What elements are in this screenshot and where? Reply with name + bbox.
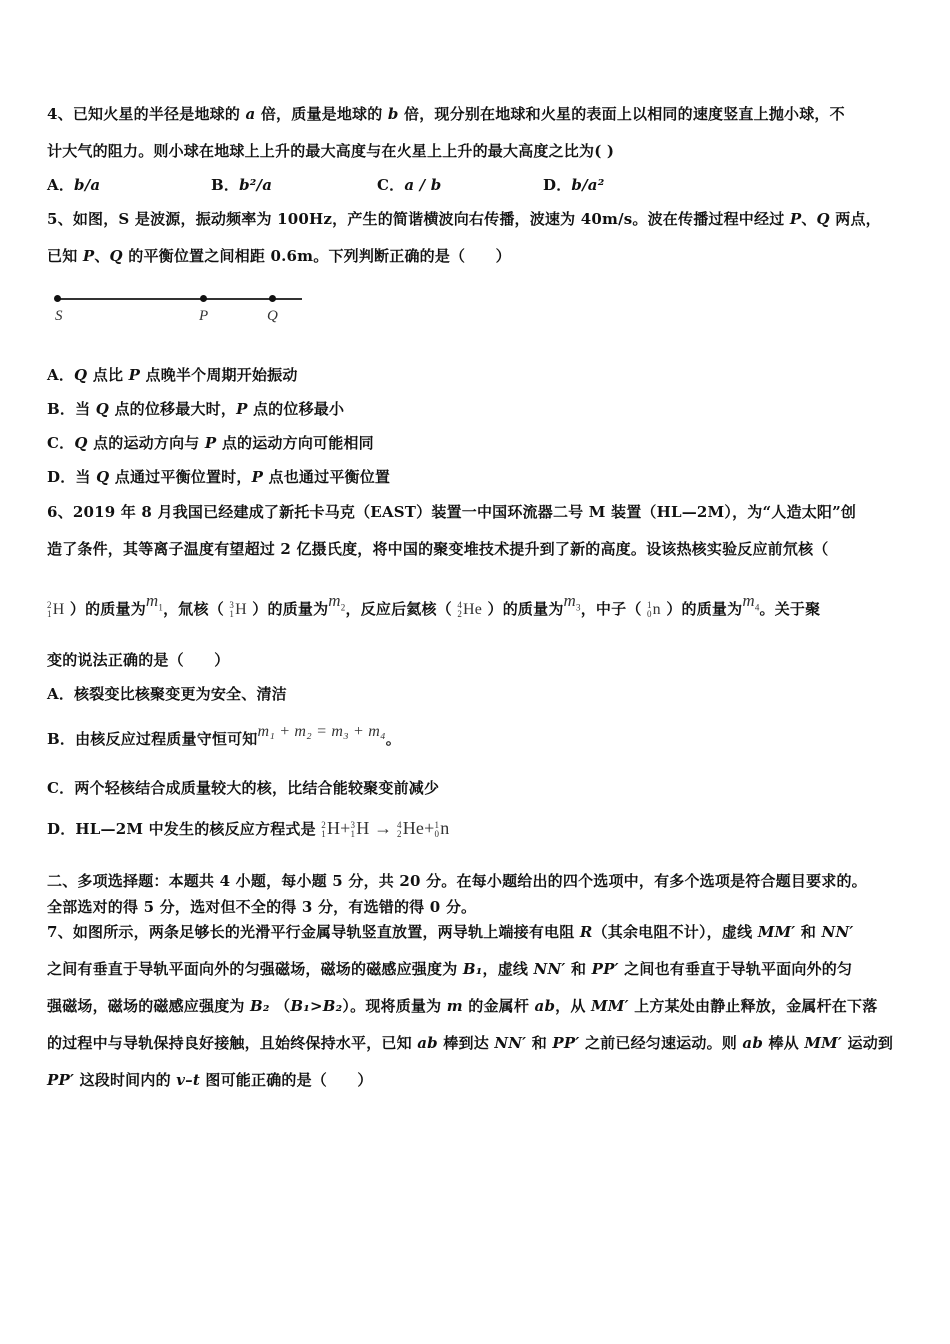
exam-page: 4、已知火星的半径是地球的 a 倍，质量是地球的 b 倍，现分别在地球和火星的表…: [0, 0, 950, 1344]
q6-stem-line-1: 6、2019 年 8 月我国已经建成了新托卡马克（EAST）装置一中国环流器二号…: [47, 501, 856, 522]
q6-option-b[interactable]: B．由核反应过程质量守恒可知m₁ + m₂ = m₃ + m₄。: [47, 728, 401, 749]
q7-stem-line-2: 之间有垂直于导轨平面向外的匀强磁场，磁场的磁感应强度为 B₁，虚线 NN′ 和 …: [47, 958, 852, 979]
q7-stem-line-3: 强磁场，磁场的磁感应强度为 B₂ （B₁>B₂）。现将质量为 m 的金属杆 ab…: [47, 995, 877, 1016]
q6-stem-line-3: 21H ）的质量为m1，氚核（ 31H ）的质量为m2，反应后氦核（ 42He …: [47, 598, 820, 620]
q4-option-a[interactable]: A．b/a: [47, 174, 211, 195]
q6-stem-line-4: 变的说法正确的是（ ）: [47, 649, 229, 670]
q4-option-b[interactable]: B．b²/a: [211, 174, 377, 195]
neutron-symbol: 10n: [647, 601, 661, 618]
label-q: Q: [267, 308, 278, 325]
q5-option-a[interactable]: A．Q 点比 P 点晚半个周期开始振动: [47, 364, 298, 385]
fusion-equation: 21H+31H → 42He+10n: [321, 818, 449, 838]
q7-stem-line-4: 的过程中与导轨保持良好接触，且始终保持水平，已知 ab 棒到达 NN′ 和 PP…: [47, 1032, 893, 1053]
q4-stem-line-1: 4、已知火星的半径是地球的 a 倍，质量是地球的 b 倍，现分别在地球和火星的表…: [47, 103, 905, 124]
mass-m3: m3: [564, 591, 581, 610]
source-point-s: [54, 295, 61, 302]
q4-option-d[interactable]: D．b/a²: [543, 174, 604, 195]
wave-axis-line: [56, 298, 302, 300]
q5-stem-line-1: 5、如图，S 是波源，振动频率为 100Hz，产生的简谐横波向右传播，波速为 4…: [47, 208, 881, 229]
mass-m2: m2: [328, 591, 345, 610]
q5-option-d[interactable]: D．当 Q 点通过平衡位置时，P 点也通过平衡位置: [47, 466, 390, 487]
q6-option-d[interactable]: D．HL—2M 中发生的核反应方程式是 21H+31H → 42He+10n: [47, 818, 449, 839]
q4-options: A．b/aB．b²/aC．a / bD．b/a²: [47, 174, 604, 195]
q4-option-c[interactable]: C．a / b: [377, 174, 543, 195]
q7-stem-line-5: PP′ 这段时间内的 v–t 图可能正确的是（ ）: [47, 1069, 373, 1090]
q7-stem-line-1: 7、如图所示，两条足够长的光滑平行金属导轨竖直放置，两导轨上端接有电阻 R（其余…: [47, 921, 854, 942]
mass-conservation-formula: m₁ + m₂ = m₃ + m₄: [258, 723, 386, 740]
q6-stem-line-2: 造了条件，其等离子温度有望超过 2 亿摄氏度，将中国的聚变堆技术提升到了新的高度…: [47, 538, 829, 559]
section2-instructions-line-2: 全部选对的得 5 分，选对但不全的得 3 分，有选错的得 0 分。: [47, 896, 476, 917]
q6-option-c[interactable]: C．两个轻核结合成质量较大的核，比结合能较聚变前减少: [47, 777, 439, 798]
q5-stem-line-2: 已知 P、Q 的平衡位置之间相距 0.6m。下列判断正确的是（ ）: [47, 245, 511, 266]
point-p: [200, 295, 207, 302]
label-s: S: [55, 308, 63, 325]
q6-option-a[interactable]: A．核裂变比核聚变更为安全、清洁: [47, 683, 287, 704]
q5-option-b[interactable]: B．当 Q 点的位移最大时，P 点的位移最小: [47, 398, 344, 419]
tritium-symbol: 31H: [229, 601, 246, 618]
mass-m1: m1: [146, 591, 163, 610]
q5-option-c[interactable]: C．Q 点的运动方向与 P 点的运动方向可能相同: [47, 432, 374, 453]
point-q: [269, 295, 276, 302]
section2-instructions-line-1: 二、多项选择题：本题共 4 小题，每小题 5 分，共 20 分。在每小题给出的四…: [47, 870, 867, 891]
label-p: P: [199, 308, 208, 325]
mass-m4: m4: [742, 591, 759, 610]
deuterium-symbol: 21H: [47, 601, 64, 618]
arrow-icon: →: [374, 818, 392, 838]
helium-symbol: 42He: [457, 601, 482, 618]
wave-diagram: S P Q: [52, 290, 304, 330]
q4-stem-line-2: 计大气的阻力。则小球在地球上上升的最大高度与在火星上上升的最大高度之比为( ): [47, 140, 614, 161]
